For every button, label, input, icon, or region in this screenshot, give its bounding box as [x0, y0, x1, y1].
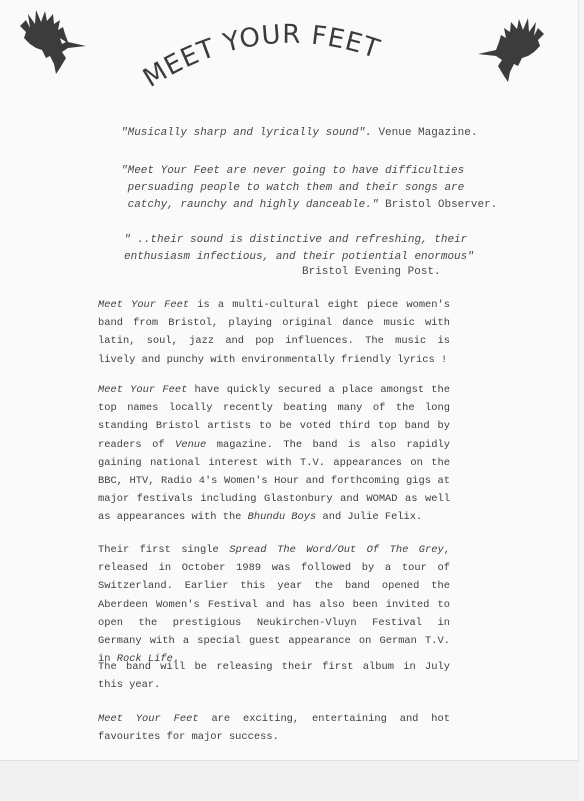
quote-text: "Musically sharp and lyrically sound". [121, 127, 372, 139]
paragraph-single: Their first single Spread The Word/Out O… [98, 541, 450, 668]
paragraph-text: and Julie Felix. [316, 511, 422, 523]
paragraph-text: Their first single [98, 544, 229, 556]
quote-source: Venue Magazine. [378, 127, 477, 139]
svg-text:MEET YOUR FEET: MEET YOUR FEET [138, 20, 384, 93]
quote-line: persuading people to watch them and thei… [121, 182, 464, 194]
page-title: MEET YOUR FEET [130, 18, 450, 93]
quote-line: "Meet Your Feet are never going to have … [121, 165, 464, 177]
document-page: MEET YOUR FEET "Musically sharp and lyri… [0, 0, 579, 762]
paragraph-closing: Meet Your Feet are exciting, entertainin… [98, 710, 450, 746]
quote-evening-post: " ..their sound is distinctive and refre… [124, 232, 474, 266]
quote-source: Bristol Observer. [385, 199, 497, 211]
sunburst-bird-icon [16, 8, 90, 74]
quote-line: enthusiasm infectious, and their potient… [124, 251, 474, 263]
quote-observer: "Meet Your Feet are never going to have … [121, 163, 497, 214]
paragraph-album: The band will be releasing their first a… [98, 658, 450, 694]
underlying-sheet [0, 760, 578, 801]
paragraph-achievements: Meet Your Feet have quickly secured a pl… [98, 381, 450, 527]
quote-source: Bristol Evening Post. [302, 266, 441, 278]
magazine-name: Venue [175, 439, 206, 451]
band-reference: Bhundu Boys [248, 511, 317, 523]
quote-line: " ..their sound is distinctive and refre… [124, 234, 467, 246]
single-title: Spread The Word/Out Of The Grey [229, 544, 444, 556]
band-name: Meet Your Feet [98, 299, 189, 311]
sunburst-bird-icon [474, 16, 548, 82]
quote-venue: "Musically sharp and lyrically sound". V… [121, 125, 477, 142]
band-name: Meet Your Feet [98, 384, 187, 396]
band-name: Meet Your Feet [98, 713, 199, 725]
paragraph-text: The band will be releasing their first a… [98, 661, 450, 691]
paragraph-text: , released in October 1989 was followed … [98, 544, 450, 665]
paragraph-intro: Meet Your Feet is a multi-cultural eight… [98, 296, 450, 369]
quote-line: catchy, raunchy and highly danceable." [121, 199, 378, 211]
